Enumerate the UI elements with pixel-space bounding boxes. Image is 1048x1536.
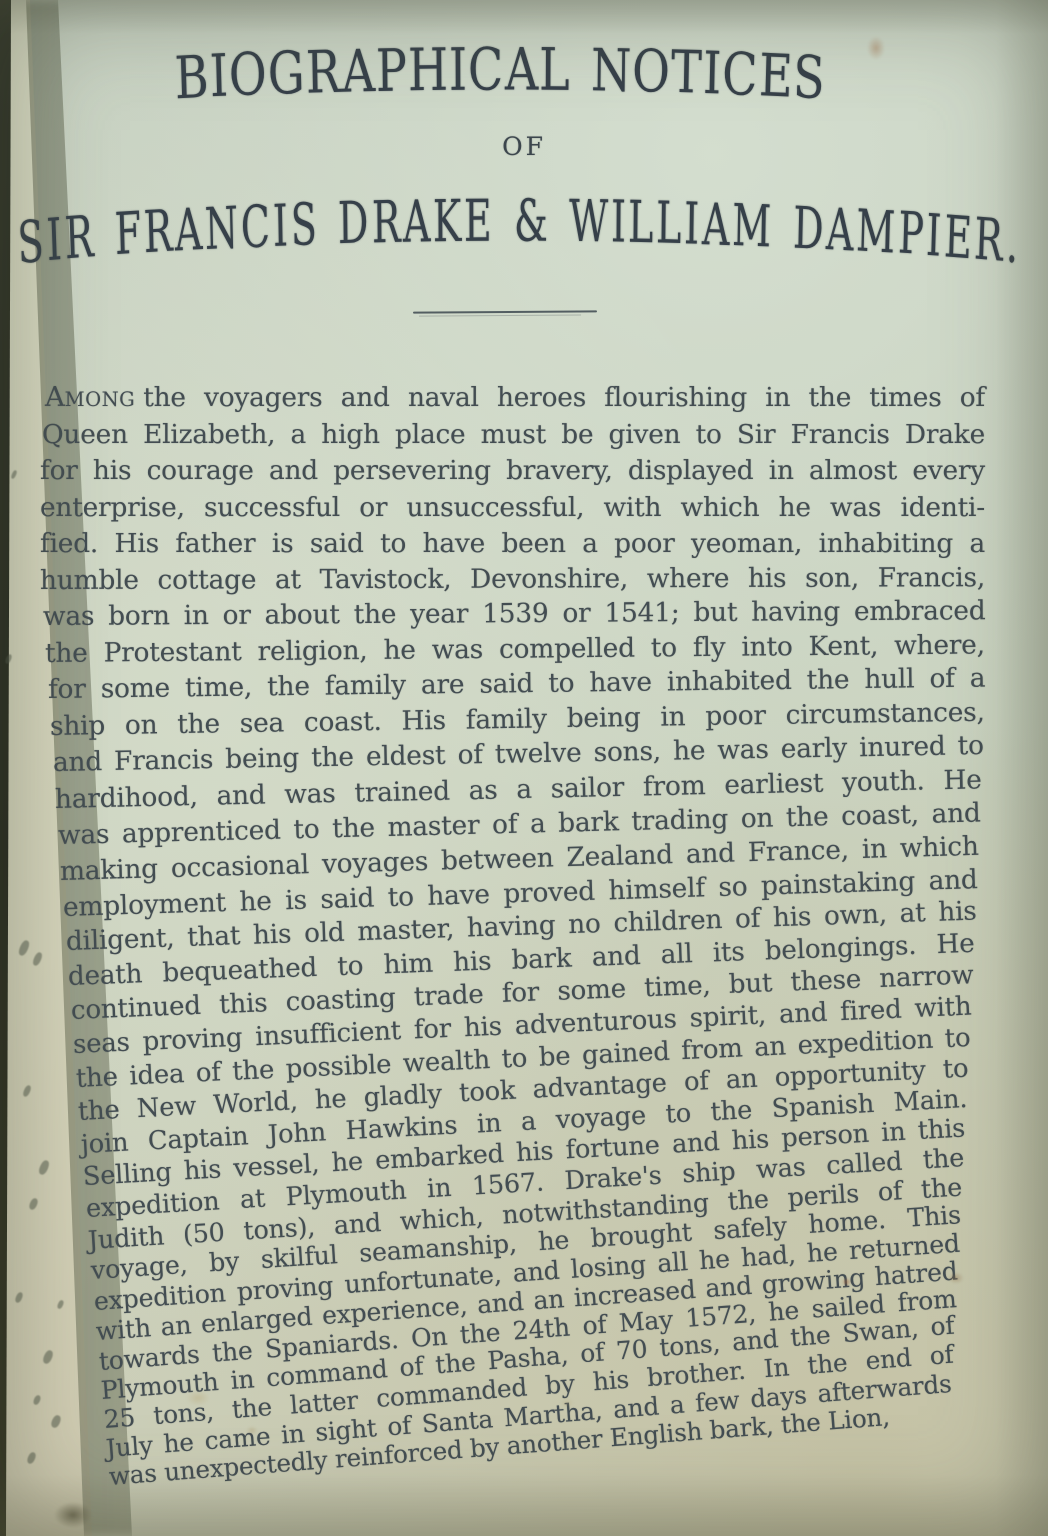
text-line: AMONGthe voyagers and naval heroes flour… <box>45 383 985 414</box>
text-line: was born in or about the year 1539 or 15… <box>42 596 985 631</box>
text-line: the Protestant religion, he was compelle… <box>45 630 985 668</box>
text-line: humble cottage at Tavistock, Devonshire,… <box>40 563 985 595</box>
text-line: enterprise, successful or unsuccessful, … <box>40 493 985 523</box>
book-page-photo: BIOGRAPHICAL NOTICES OF SIR FRANCIS DRAK… <box>0 0 1048 1536</box>
text-line: fied. His father is said to have been a … <box>40 529 985 559</box>
line-text: the voyagers and naval heroes flourishin… <box>143 382 985 413</box>
lead-initial: A <box>45 382 65 413</box>
lead-smallcaps: MONG <box>65 388 136 411</box>
lead-word: AMONG <box>45 382 135 413</box>
body-paragraph: AMONGthe voyagers and naval heroes flour… <box>0 0 1048 1536</box>
text-line: for his courage and persevering bravery,… <box>40 456 985 486</box>
text-line: Queen Elizabeth, a high place must be gi… <box>42 420 985 450</box>
